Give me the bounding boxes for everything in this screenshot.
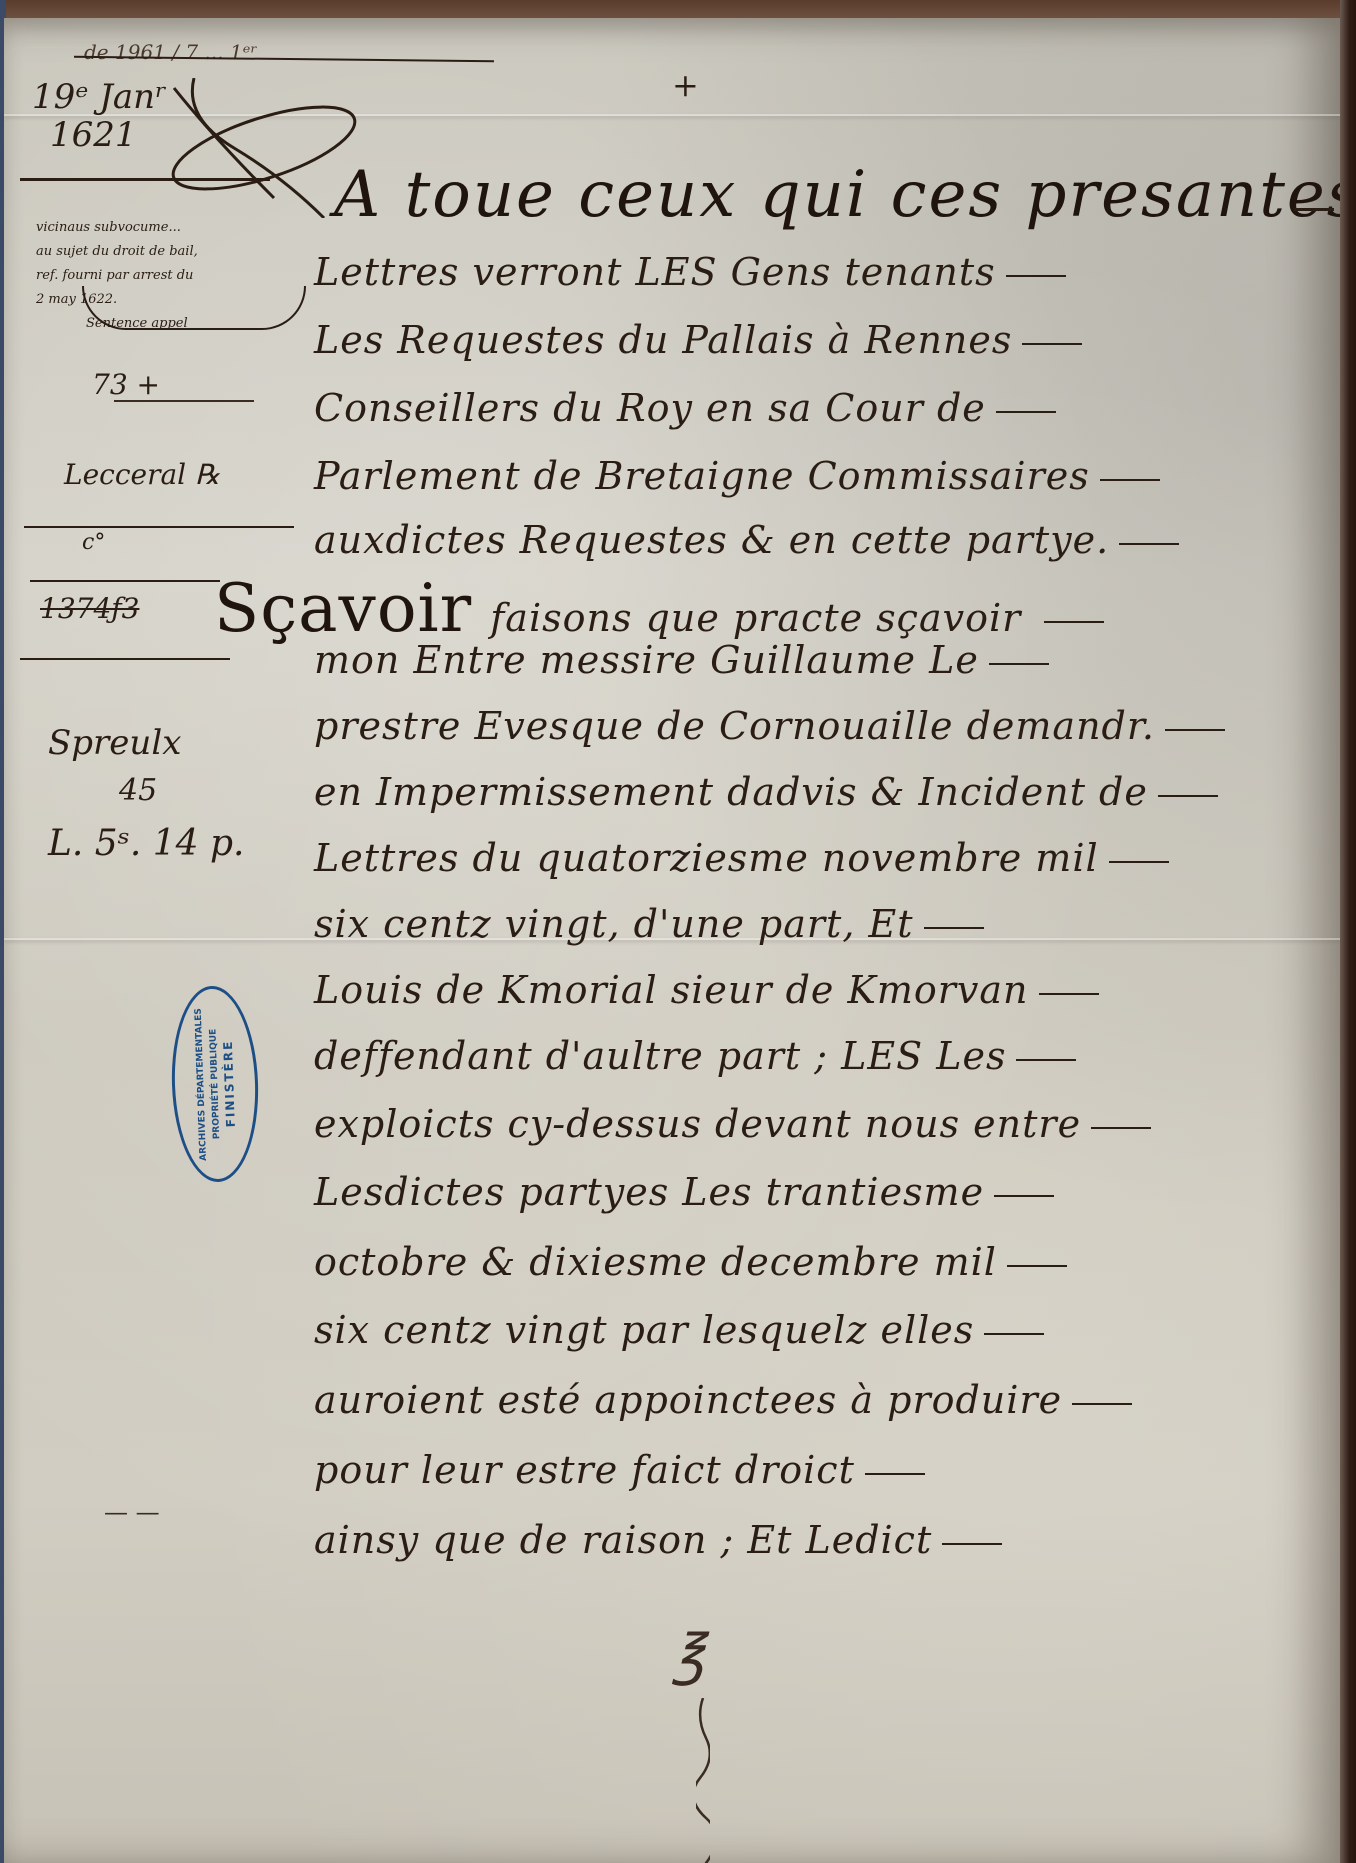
margin-note-bracket <box>82 286 306 330</box>
closing-paraph-icon: ℥ <box>672 1623 704 1688</box>
savoir-initial: Sçavoir <box>214 570 472 647</box>
text-line: Les Requestes du Pallais à Rennes <box>314 318 1314 362</box>
photo-frame: + de 1961 / 7 ... 1ᵉʳ 19ᵉ Janʳ 1621 vici… <box>0 0 1356 1863</box>
margin-item-lec: Lecceral ℞ <box>64 458 220 491</box>
text-line: mon Entre messire Guillaume Le <box>314 638 1314 682</box>
margin-amount: L. 5ˢ. 14 p. <box>48 823 244 864</box>
text-line: prestre Evesque de Cornouaille demandr. <box>314 704 1314 748</box>
text-line-savoir: Sçavoirfaisons que practe sçavoir <box>214 570 1214 647</box>
text-line: exploicts cy-dessus devant nous entre <box>314 1102 1314 1146</box>
margin-note-line: au sujet du droit de bail, <box>36 240 286 264</box>
margin-date: 19ᵉ Janʳ 1621 <box>32 78 167 154</box>
margin-dash: — — <box>104 1498 160 1526</box>
struck-header-note: de 1961 / 7 ... 1ᵉʳ <box>84 40 257 64</box>
text-line: auroient esté appoinctees à produire <box>314 1378 1314 1422</box>
text-line: Lettres verront LES Gens tenants <box>314 250 1314 294</box>
margin-rule <box>24 526 294 528</box>
stamp-text: ARCHIVES DÉPARTEMENTALES PROPRIÉTÉ PUBLI… <box>191 1007 238 1161</box>
margin-date-year: 1621 <box>32 116 167 154</box>
margin-note-line: ref. fourni par arrest du <box>36 264 286 288</box>
text-line: auxdictes Requestes & en cette partye. <box>314 518 1314 562</box>
text-line: Lesdictes partyes Les trantiesme <box>314 1170 1314 1214</box>
margin-item-c: c° <box>82 530 105 555</box>
margin-rule <box>114 400 254 402</box>
margin-note-line: vicinaus subvocume... <box>36 216 286 240</box>
text-line: pour leur estre faict droict <box>314 1448 1314 1492</box>
text-line: deffendant d'aultre part ; LES Les <box>314 1034 1314 1078</box>
text-line: ainsy que de raison ; Et Ledict <box>314 1518 1314 1562</box>
manuscript-page: + de 1961 / 7 ... 1ᵉʳ 19ᵉ Janʳ 1621 vici… <box>4 18 1340 1863</box>
text-line: Lettres du quatorziesme novembre mil <box>314 836 1314 880</box>
margin-struck-number: 1374ƒ3 <box>40 592 139 625</box>
text-line: Parlement de Bretaigne Commissaires <box>314 454 1314 498</box>
paraph-tail-icon <box>696 1698 710 1863</box>
text-line: six centz vingt par lesquelz elles <box>314 1308 1314 1352</box>
line-filler <box>1294 208 1334 211</box>
margin-item-45: 45 <box>119 773 157 808</box>
text-line: octobre & dixiesme decembre mil <box>314 1240 1314 1284</box>
document-heading: A toue ceux qui ces presantes <box>334 158 1356 232</box>
cross-mark-icon: + <box>672 66 699 104</box>
text-line: Louis de Kmorial sieur de Kmorvan <box>314 968 1314 1012</box>
margin-date-day: 19ᵉ Janʳ <box>32 78 167 116</box>
margin-signature: Spreulx <box>48 723 181 763</box>
archive-stamp: ARCHIVES DÉPARTEMENTALES PROPRIÉTÉ PUBLI… <box>169 985 262 1184</box>
margin-item-73: 73 + <box>92 368 160 401</box>
text-line-rest: faisons que practe sçavoir <box>490 596 1021 640</box>
text-line: Conseillers du Roy en sa Cour de <box>314 386 1314 430</box>
margin-rule <box>20 658 230 660</box>
background-right-edge <box>1340 0 1356 1863</box>
margin-rule <box>30 580 220 582</box>
text-line: en Impermissement dadvis & Incident de <box>314 770 1314 814</box>
text-line: six centz vingt, d'une part, Et <box>314 902 1314 946</box>
